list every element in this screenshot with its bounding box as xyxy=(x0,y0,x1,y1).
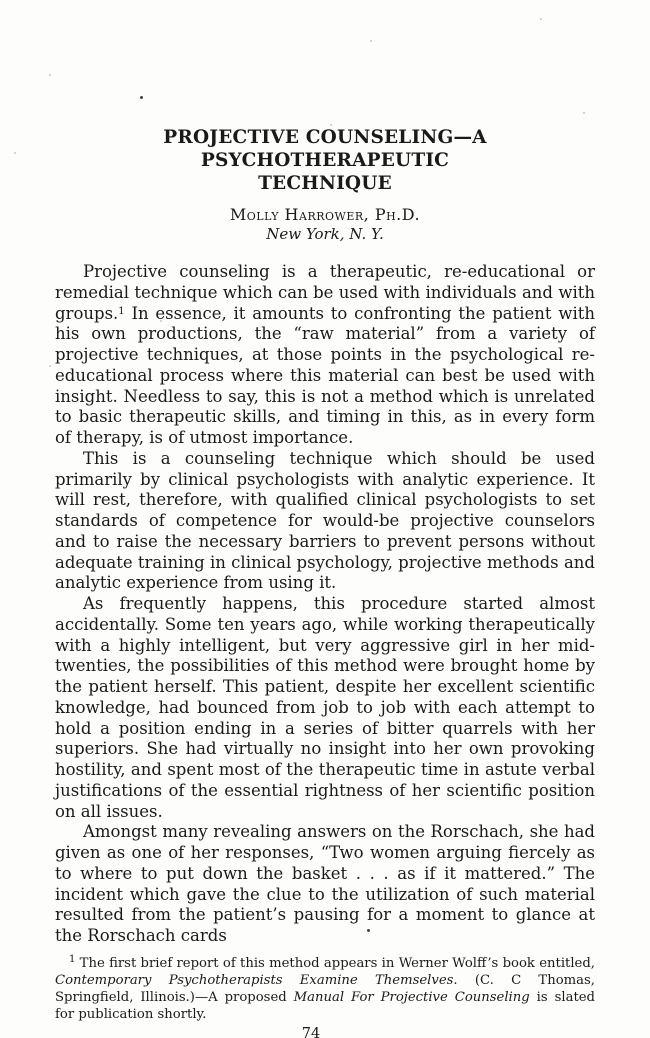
paragraph-4: Amongst many revealing answers on the Ro… xyxy=(55,822,595,947)
scan-speckle xyxy=(49,74,51,76)
paragraph-2: This is a counseling technique which sho… xyxy=(55,449,595,594)
article-title-line1: PROJECTIVE COUNSELING—A PSYCHOTHERAPEUTI… xyxy=(163,127,486,171)
scan-speckle xyxy=(583,112,585,114)
journal-page: PROJECTIVE COUNSELING—A PSYCHOTHERAPEUTI… xyxy=(0,0,650,1038)
footnote-manual-title: Manual For Projective Counseling xyxy=(294,990,530,1005)
article-body: Projective counseling is a therapeutic, … xyxy=(55,262,595,947)
scan-speckle xyxy=(140,96,143,99)
scan-speckle xyxy=(540,18,542,20)
paragraph-1-text-continued: In essence, it amounts to confronting th… xyxy=(55,304,595,448)
scan-speckle xyxy=(14,152,16,154)
author-location: New York, N. Y. xyxy=(55,225,595,243)
scan-speckle xyxy=(370,40,372,42)
author-name: Molly Harrower, Ph.D. xyxy=(55,205,595,224)
scan-speckle xyxy=(330,124,332,126)
footnote-text: The first brief report of this method ap… xyxy=(75,956,595,971)
paragraph-1: Projective counseling is a therapeutic, … xyxy=(55,262,595,449)
footnote-marker: 1 xyxy=(69,954,75,965)
scan-speckle xyxy=(49,365,51,367)
paragraph-3: As frequently happens, this procedure st… xyxy=(55,594,595,822)
footnote-reference: 1 xyxy=(118,306,124,317)
page-number: 74 xyxy=(41,1026,581,1038)
scan-speckle xyxy=(367,929,370,932)
article-title-line2: TECHNIQUE xyxy=(258,173,392,194)
scan-speckle xyxy=(590,270,592,272)
scan-speckle xyxy=(160,320,162,322)
article-title: PROJECTIVE COUNSELING—A PSYCHOTHERAPEUTI… xyxy=(55,126,595,195)
footnote-book-title: Contemporary Psychotherapists Examine Th… xyxy=(55,973,458,988)
footnote: 1 The first brief report of this method … xyxy=(55,955,595,1023)
